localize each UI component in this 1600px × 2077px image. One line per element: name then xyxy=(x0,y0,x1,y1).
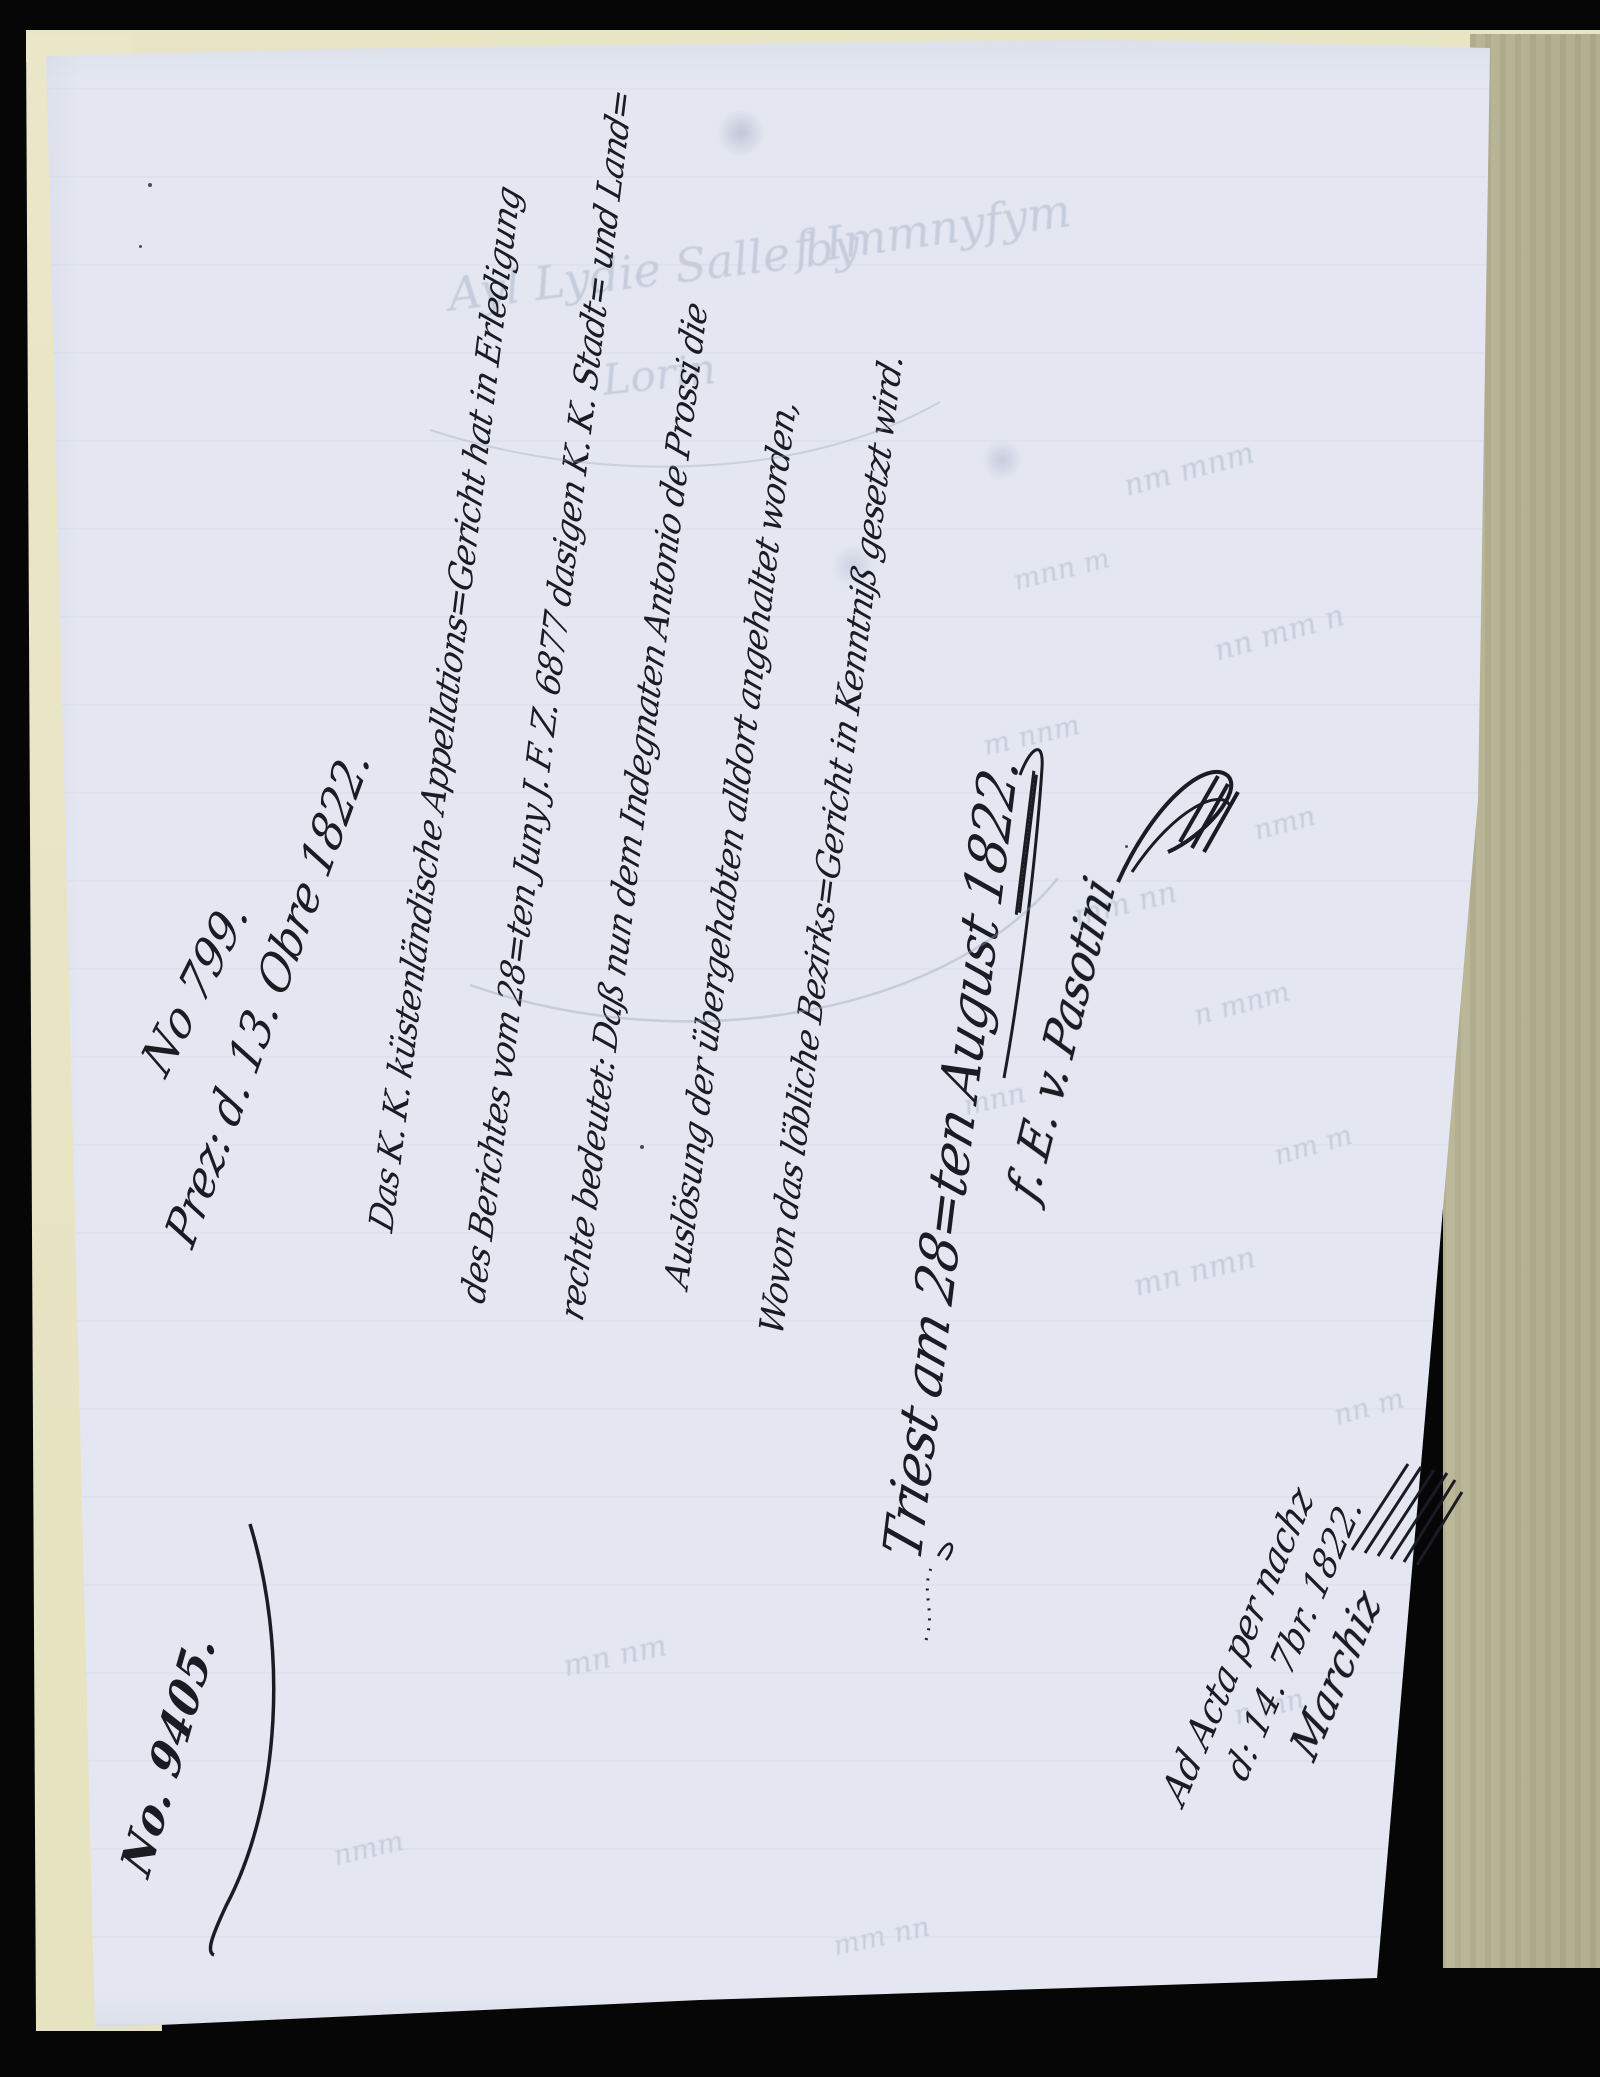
ghost-pencil-arc xyxy=(430,402,940,467)
ad-acta-hatch-flourish xyxy=(1352,1464,1462,1565)
scanned-letter-page: Ayl Lydie Salle by f Immnyfym Lorin nm m… xyxy=(0,0,1600,2077)
registry-bracket-flourish xyxy=(210,1524,273,1955)
ghost-pencil-arc xyxy=(470,878,1058,1021)
closing-dotted-squiggle xyxy=(926,1566,932,1640)
closing-squiggle xyxy=(938,1544,952,1560)
ink-flourishes-layer xyxy=(0,0,1600,2077)
